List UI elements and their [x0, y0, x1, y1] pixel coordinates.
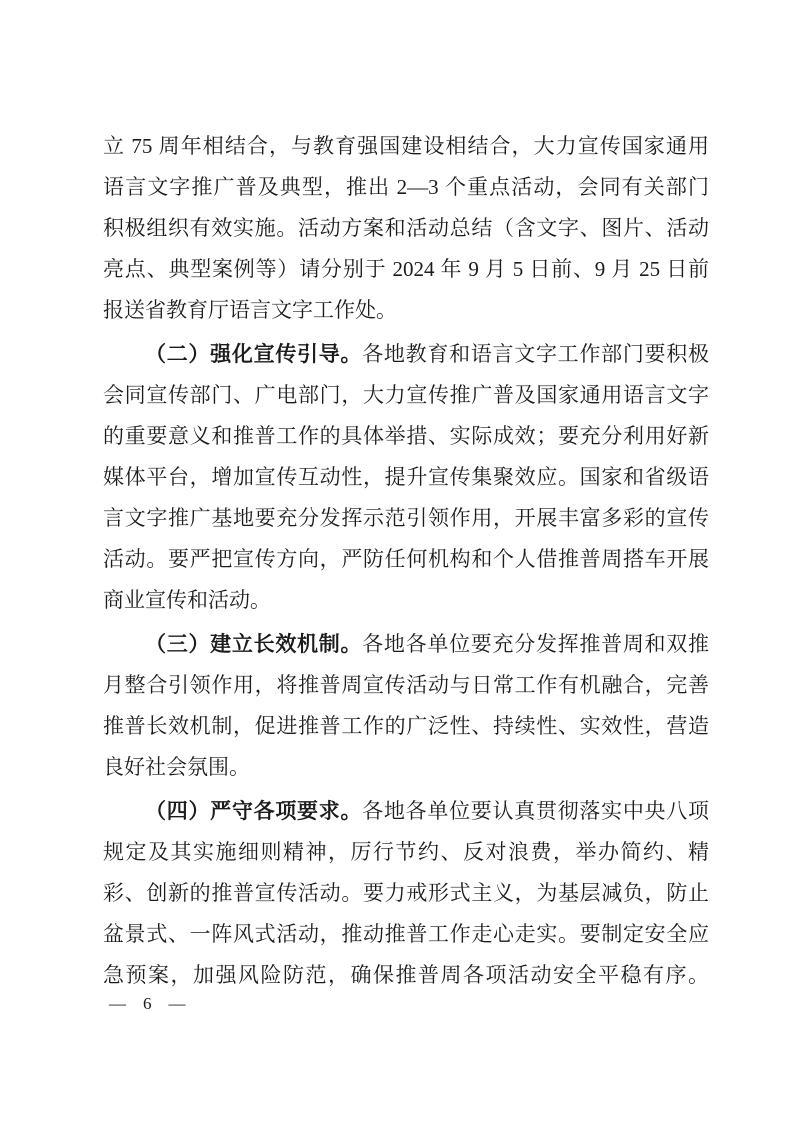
text-line: 活动。要严把宣传方向，严防任何机构和个人借推普周搭车开展 — [103, 539, 709, 580]
text-line: 媒体平台，增加宣传互动性，提升宣传集聚效应。国家和省级语 — [103, 457, 709, 498]
text-line: 月整合引领作用，将推普周宣传活动与日常工作有机融合，完善 — [103, 665, 709, 706]
text-line: 言文字推广基地要充分发挥示范引领作用，开展丰富多彩的宣传 — [103, 498, 709, 539]
section-heading: （二）强化宣传引导。 — [145, 342, 362, 366]
text-line: 彩、创新的推普宣传活动。要力戒形式主义，为基层减负，防止 — [103, 873, 709, 914]
paragraph: 立 75 周年相结合，与教育强国建设相结合，大力宣传国家通用语言文字推广普及典型… — [103, 126, 709, 331]
page-number: 6 — [143, 992, 152, 1016]
text-line: 推普长效机制，促进推普工作的广泛性、持续性、实效性，营造 — [103, 706, 709, 747]
text-line: （三）建立长效机制。各地各单位要充分发挥推普周和双推 — [103, 624, 709, 665]
text-line: （四）严守各项要求。各地各单位要认真贯彻落实中央八项 — [103, 791, 709, 832]
document-body: 立 75 周年相结合，与教育强国建设相结合，大力宣传国家通用语言文字推广普及典型… — [103, 126, 709, 996]
text-line: 语言文字推广普及典型，推出 2—3 个重点活动，会同有关部门 — [103, 167, 709, 208]
text-line: 亮点、典型案例等）请分别于 2024 年 9 月 5 日前、9 月 25 日前 — [103, 249, 709, 290]
text-line: 良好社会氛围。 — [103, 747, 709, 788]
text-line: 商业宣传和活动。 — [103, 580, 709, 621]
text-line: 盆景式、一阵风式活动，推动推普工作走心走实。要制定安全应 — [103, 914, 709, 955]
text-line: 规定及其实施细则精神，厉行节约、反对浪费，举办简约、精 — [103, 832, 709, 873]
text-line: 会同宣传部门、广电部门，大力宣传推广普及国家通用语言文字 — [103, 375, 709, 416]
page-footer: — 6 — — [109, 992, 186, 1016]
document-page: 立 75 周年相结合，与教育强国建设相结合，大力宣传国家通用语言文字推广普及典型… — [0, 0, 794, 1123]
text-line: （二）强化宣传引导。各地教育和语言文字工作部门要积极 — [103, 334, 709, 375]
paragraph: （四）严守各项要求。各地各单位要认真贯彻落实中央八项规定及其实施细则精神，厉行节… — [103, 791, 709, 996]
text-line: 积极组织有效实施。活动方案和活动总结（含文字、图片、活动 — [103, 208, 709, 249]
section-heading: （四）严守各项要求。 — [145, 799, 362, 823]
text-line: 立 75 周年相结合，与教育强国建设相结合，大力宣传国家通用 — [103, 126, 709, 167]
footer-dash-right: — — [169, 992, 186, 1016]
text-line: 的重要意义和推普工作的具体举措、实际成效；要充分利用好新 — [103, 416, 709, 457]
section-heading: （三）建立长效机制。 — [145, 632, 362, 656]
paragraph: （二）强化宣传引导。各地教育和语言文字工作部门要积极会同宣传部门、广电部门，大力… — [103, 334, 709, 621]
footer-dash-left: — — [109, 992, 126, 1016]
text-line: 报送省教育厅语言文字工作处。 — [103, 290, 709, 331]
paragraph: （三）建立长效机制。各地各单位要充分发挥推普周和双推月整合引领作用，将推普周宣传… — [103, 624, 709, 788]
text-line: 急预案，加强风险防范，确保推普周各项活动安全平稳有序。 — [103, 955, 709, 996]
